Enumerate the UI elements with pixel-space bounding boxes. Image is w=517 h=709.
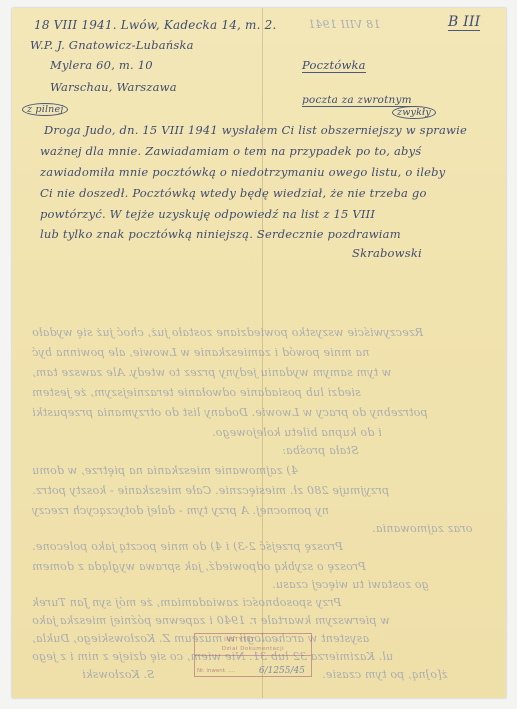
signature: Skrabowski	[352, 246, 422, 260]
bleed-line-12: Proszę przejść 2-3) i 4) do mnie pocztą …	[32, 540, 343, 553]
return-receipt-note: poczta za zwrotnym	[302, 94, 412, 107]
letter-paper: 18 VIII 1941. Lwów, Kadecka 14, m. 2. 18…	[12, 8, 506, 698]
archive-mark: B III	[448, 14, 480, 31]
postcard-label: Pocztówka	[302, 58, 366, 73]
date-place-line: 18 VIII 1941. Lwów, Kadecka 14, m. 2.	[34, 18, 277, 32]
body-line-6: lub tylko znak pocztówką niniejszą. Serd…	[40, 227, 401, 241]
bleed-line-9: przyjmuje 280 zł. miesięcznie. Całe mies…	[32, 484, 389, 497]
bleed-line-10: ny pomocnej. A przy tym - dalej dotycząc…	[32, 504, 329, 517]
bleed-line-14: go zostawi tu więcej czasu.	[272, 578, 429, 591]
faded-date-mark: 18 VIII 1941	[308, 18, 380, 31]
body-line-1: Droga Judo, dn. 15 VIII 1941 wysłałem Ci…	[44, 123, 467, 137]
bleed-line-15: Przy sposobności zawiadamiam, że mój syn…	[32, 596, 341, 609]
stamp-inventory-number: 6/1255/45	[259, 666, 305, 676]
body-line-2: ważnej dla mnie. Zawiadamiam o tem na pr…	[40, 144, 421, 158]
body-line-5: powtórzyć. W tejże uzyskuję odpowiedź na…	[40, 207, 375, 221]
bleed-line-4: siedzi lub posiadanie odwołanie teraznie…	[32, 386, 361, 399]
bleed-line-16: w pierwszym kwartale r. 1940 i zapewne p…	[32, 614, 390, 627]
bleed-line-7: Stała prośba:	[282, 444, 359, 457]
circled-note-left: z pilnej	[22, 103, 68, 116]
bleed-line-11: oraz zajmowania.	[372, 522, 472, 535]
bleed-line-19: ż[o]ną, po tym czasie.	[322, 668, 447, 681]
bleed-line-5: potrzebny do pracy w Lwowie. Dodany list…	[32, 406, 428, 419]
archive-stamp: INSTYTUT ..... ..... Dział Dokumentacji …	[194, 633, 312, 677]
addressee-name: W.P. J. Gnatowicz-Lubańska	[30, 38, 194, 52]
bleed-line-8: 4) zajmowanie mieszkania na piętrze, w d…	[32, 464, 298, 477]
bleed-line-13: Proszę o szybką odpowiedź, jak sprawa wy…	[32, 560, 366, 573]
bleed-line-1: Rzeczywiście wszystko powiedziane został…	[32, 326, 423, 339]
body-line-3: zawiadomiła mnie pocztówką o niedotrzyma…	[40, 165, 445, 179]
body-line-4: Ci nie doszedł. Pocztówką wtedy będę wie…	[40, 186, 427, 200]
bleed-line-2: na mnie powód i zamieszkanie w Lwowie, a…	[32, 346, 369, 359]
stamp-line-2: Dział Dokumentacji	[195, 643, 311, 652]
circled-note-right: zwykły	[392, 106, 436, 119]
bleed-signature: S. Kozłowski	[82, 668, 154, 681]
bleed-line-3: w tym samym wydaniu jedyny przez to wted…	[32, 366, 391, 379]
bleed-line-6: i do kupna biletu kolejowego.	[212, 426, 382, 439]
stamp-line-1: INSTYTUT ..... .....	[195, 634, 311, 643]
addressee-city: Warschau, Warszawa	[50, 80, 177, 94]
addressee-street: Mylera 60, m. 10	[50, 58, 153, 72]
stamp-line-3: Nr. inwent. ....	[197, 668, 235, 674]
